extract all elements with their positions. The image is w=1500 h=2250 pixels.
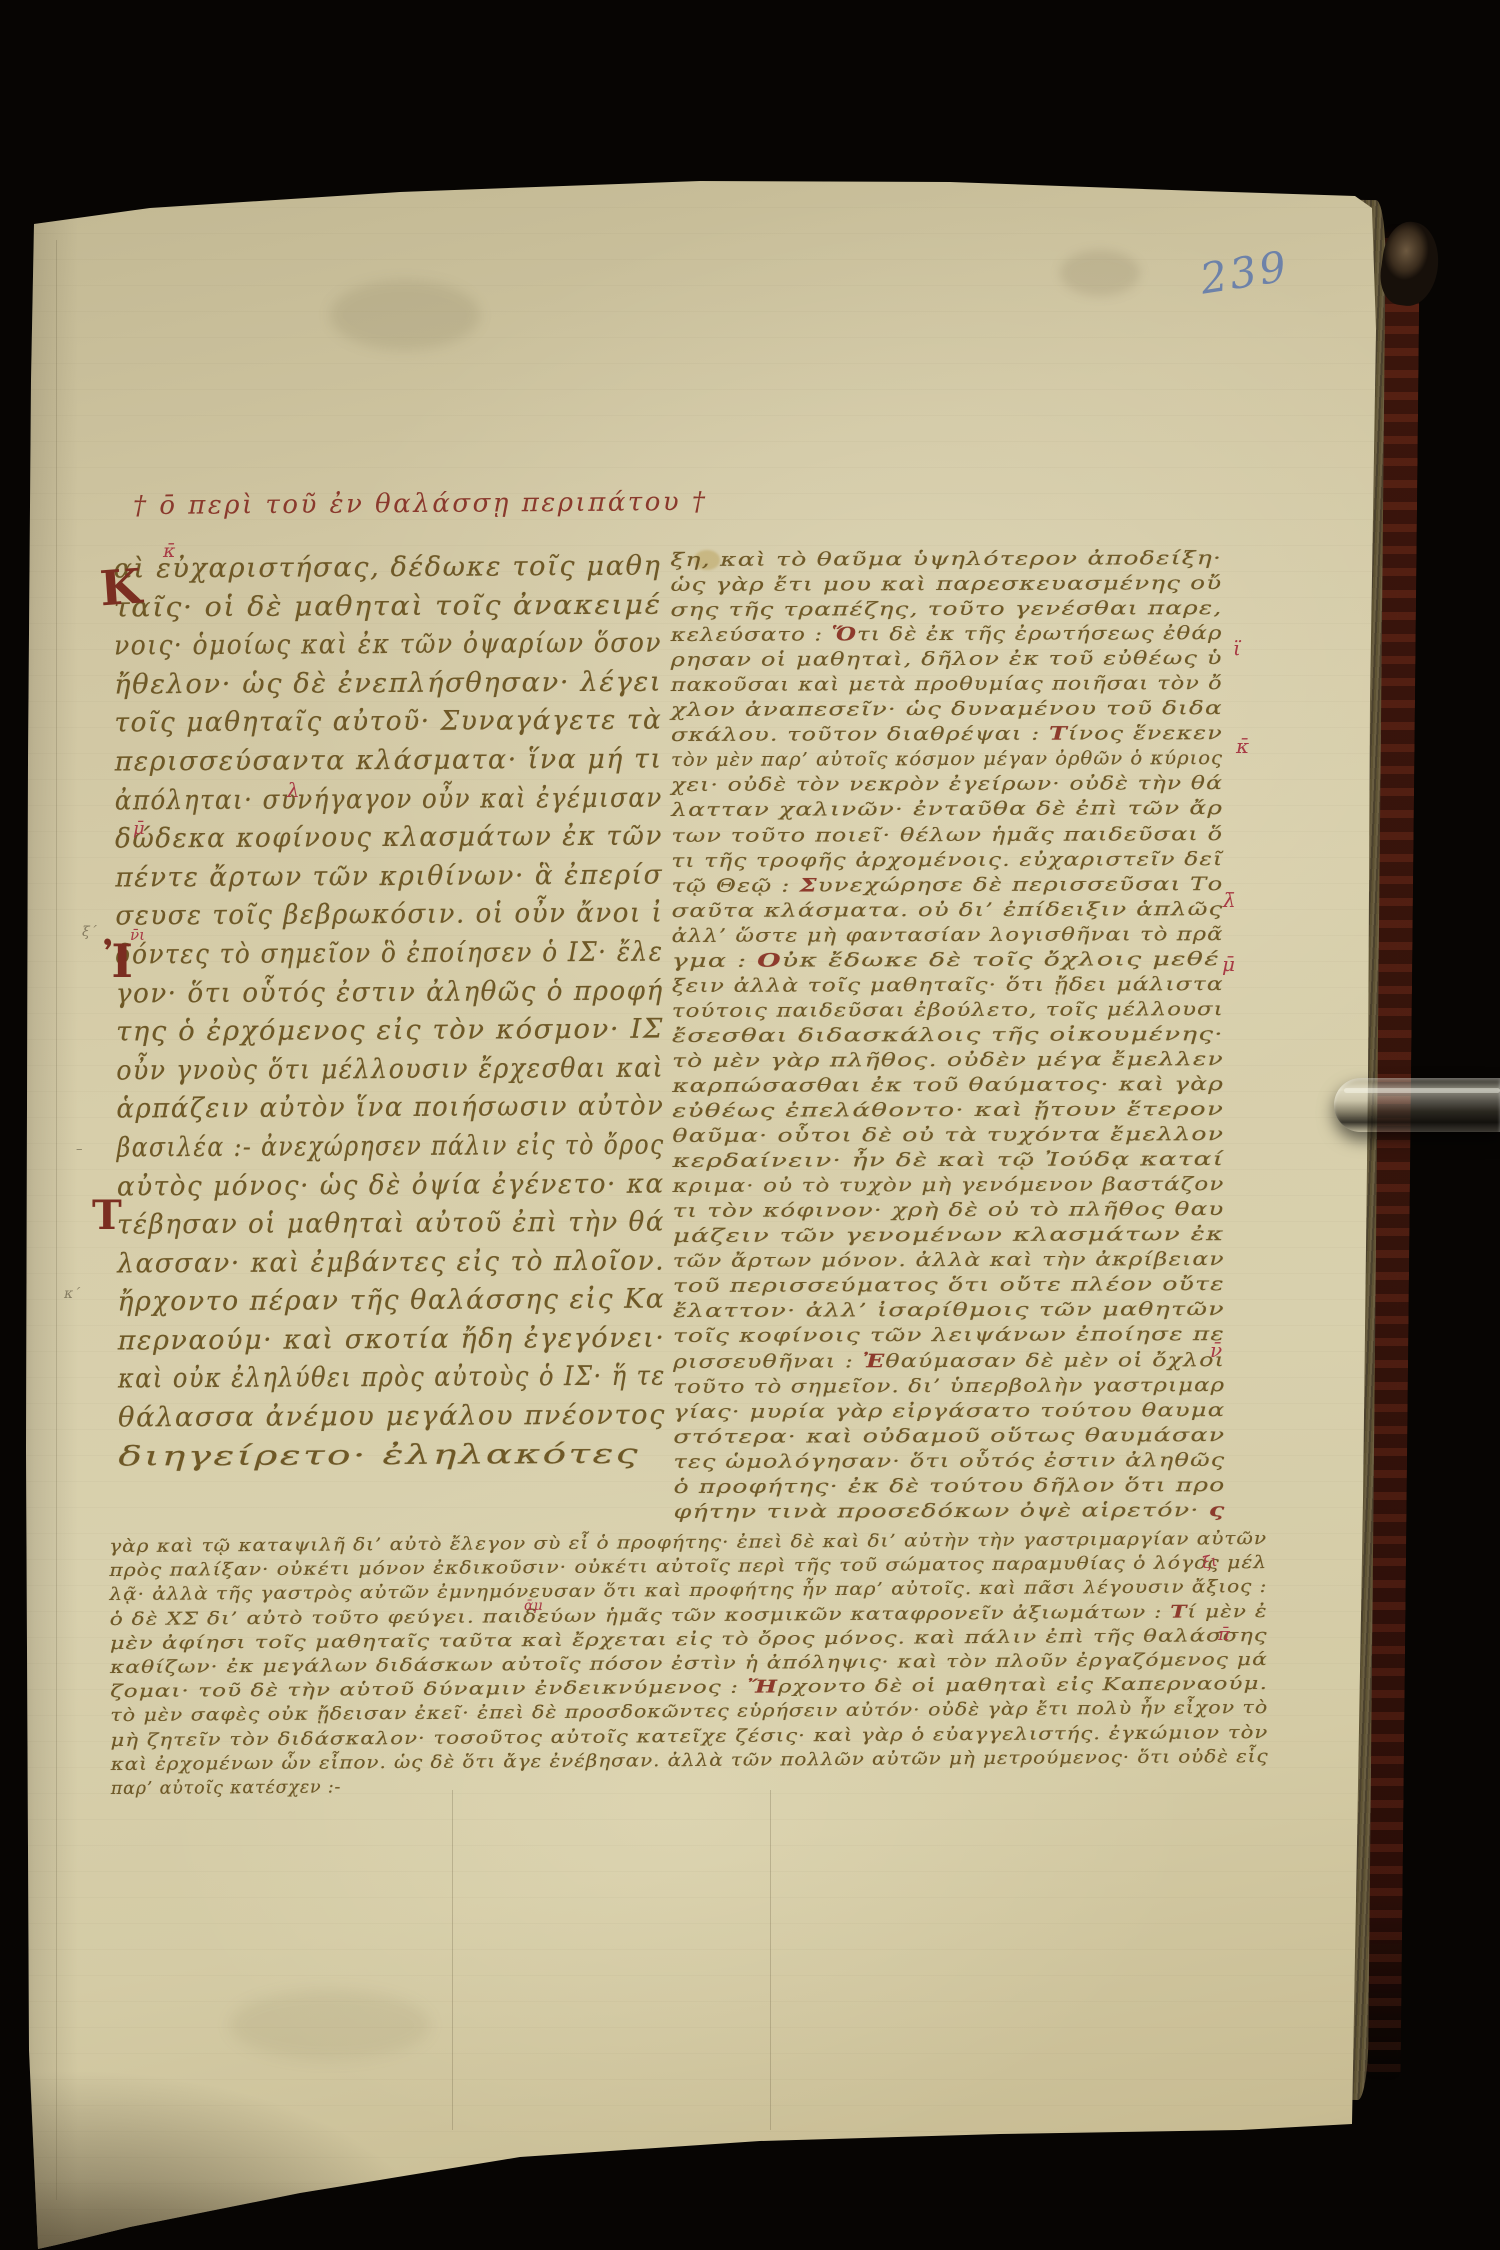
page-crease bbox=[452, 1790, 453, 2130]
gospel-text-line: δόντες τὸ σημεῖον ὃ ἐποίησεν ὁ ΙΣ· ἔλε bbox=[116, 936, 668, 977]
commentary-text-line: των τοῦτο ποιεῖ· θέλων ἡμᾶς παιδεῦσαι ὅ bbox=[671, 824, 1227, 851]
commentary-text-line: λατταν χαλινῶν· ἐνταῦθα δὲ ἐπὶ τῶν ἄρ bbox=[671, 798, 1227, 825]
left-margin-note-3: κ´ bbox=[64, 1286, 80, 1302]
margin-section-nu: ν̄ bbox=[1210, 1338, 1222, 1362]
gospel-text-line: πέντε ἄρτων τῶν κριθίνων· ἃ ἐπερίσ bbox=[115, 859, 667, 900]
commentary-text-line: χλον ἀναπεσεῖν· ὡς δυναμένου τοῦ διδα bbox=[671, 698, 1227, 725]
margin-section-iota: ϊ bbox=[1233, 636, 1241, 660]
section-letter-lambda-above: λ bbox=[287, 778, 300, 802]
commentary-text-line: ἔλαττον· ἀλλ’ ἰσαρίθμοις τῶν μαθητῶν bbox=[673, 1299, 1229, 1326]
rubric-initial: Σ bbox=[799, 875, 817, 896]
commentary-text-line: φήτην τινὰ προσεδόκων ὀψὲ αἱρετόν· ς bbox=[674, 1500, 1230, 1527]
gospel-text-line: αὐτὸς μόνος· ὡς δὲ ὀψία ἐγένετο· κα bbox=[117, 1168, 669, 1209]
commentary-text-line: ξη, καὶ τὸ θαῦμα ὑψηλότερον ἀποδείξη· bbox=[670, 548, 1226, 575]
parchment-stain bbox=[1060, 250, 1140, 296]
commentary-text-line: κριμα· οὐ τὸ τυχὸν μὴ γενόμενον βαστάζον bbox=[672, 1174, 1228, 1201]
parchment-stain bbox=[230, 1990, 430, 2060]
margin-section-pi: π̄ bbox=[1218, 1624, 1230, 1645]
margin-section-mu: μ̄ bbox=[1222, 952, 1235, 976]
commentary-text-line: σης τῆς τραπέζης, τοῦτο γενέσθαι παρε, bbox=[670, 598, 1226, 625]
left-margin-note-1: ξ´ bbox=[82, 924, 97, 940]
lower-commentary-block: γὰρ καὶ τῷ καταψιλῆ δι’ αὐτὸ ἔλεγον σὺ ε… bbox=[109, 1529, 1273, 1803]
manuscript-photo: 239 † ō περὶ τοῦ ἐν θαλάσσῃ περιπάτου † … bbox=[0, 0, 1500, 2250]
paragraph-initial-kappa: Κ bbox=[98, 559, 144, 618]
gospel-text-line: καὶ οὐκ ἐληλύθει πρὸς αὐτοὺς ὁ ΙΣ· ἥ τε bbox=[118, 1361, 670, 1402]
rubric-initial: Ὅ bbox=[832, 624, 858, 645]
gospel-text-line: τοῖς μαθηταῖς αὐτοῦ· Συναγάγετε τὰ bbox=[114, 705, 666, 746]
gospel-text-line: θάλασσα ἀνέμου μεγάλου πνέοντος bbox=[118, 1400, 670, 1441]
margin-section-lambda: λ̄ bbox=[1223, 888, 1236, 912]
gospel-text-line: δώδεκα κοφίνους κλασμάτων ἐκ τῶν bbox=[115, 821, 667, 862]
commentary-text-line: τῶν ἄρτων μόνον. ἀλλὰ καὶ τὴν ἀκρίβειαν bbox=[673, 1249, 1229, 1276]
gospel-text-line: ταῖς· οἱ δὲ μαθηταὶ τοῖς ἀνακειμέ bbox=[114, 589, 666, 630]
gospel-text-line: αὶ εὐχαριστήσας, δέδωκε τοῖς μαθη bbox=[114, 551, 666, 592]
commentary-text-line: μάζειν τῶν γενομένων κλασμάτων ἐκ bbox=[673, 1224, 1229, 1251]
commentary-text-line: τι τῆς τροφῆς ἀρχομένοις. εὐχαριστεῖν δε… bbox=[671, 849, 1227, 876]
glass-page-weight-rod bbox=[1334, 1078, 1500, 1132]
commentary-text-line: ἔσεσθαι διδασκάλοις τῆς οἰκουμένης· bbox=[672, 1024, 1228, 1051]
commentary-text-line: τῷ Θεῷ : Συνεχώρησε δὲ περισσεῦσαι Το bbox=[671, 874, 1227, 901]
commentary-text-line: εὐθέως ἐπελάθοντο· καὶ ᾔτουν ἕτερον bbox=[672, 1099, 1228, 1126]
parchment-stain bbox=[330, 280, 480, 350]
rubric-initial: Τ bbox=[1049, 724, 1068, 745]
commentary-text-line: ξειν ἀλλὰ τοῖς μαθηταῖς· ὅτι ᾔδει μάλιστ… bbox=[672, 974, 1228, 1001]
gospel-text-line: βασιλέα :- ἀνεχώρησεν πάλιν εἰς τὸ ὄρος bbox=[117, 1129, 669, 1170]
commentary-text-line: τοῦ περισσεύματος ὅτι οὔτε πλέον οὔτε bbox=[673, 1274, 1229, 1301]
paragraph-initial-iota: Ἰ bbox=[104, 934, 133, 988]
commentary-text-line: στότερα· καὶ οὐδαμοῦ οὕτως θαυμάσαν bbox=[673, 1425, 1229, 1452]
commentary-text-line: τὸ μὲν γὰρ πλῆθος. οὐδὲν μέγα ἔμελλεν bbox=[672, 1049, 1228, 1076]
gospel-text-line: γον· ὅτι οὗτός ἐστιν ἀληθῶς ὁ προφή bbox=[116, 975, 668, 1016]
rubric-initial: Ἐ bbox=[863, 1351, 886, 1372]
rubric-initial: Τ bbox=[1170, 1602, 1187, 1622]
commentary-text-line: τούτοις παιδεῦσαι ἐβούλετο, τοῖς μέλλουσ… bbox=[672, 999, 1228, 1026]
chapter-title: † ō περὶ τοῦ ἐν θαλάσσῃ περιπάτου † bbox=[133, 487, 708, 521]
gospel-text-line: ἀπόληται· συνήγαγον οὖν καὶ ἐγέμισαν bbox=[115, 782, 667, 823]
commentary-text-line: τες ὡμολόγησαν· ὅτι οὗτός ἐστιν ἀληθῶς bbox=[673, 1450, 1229, 1477]
gospel-text-line: ἤρχοντο πέραν τῆς θαλάσσης εἰς Κα bbox=[117, 1284, 669, 1325]
commentary-text-line: καρπώσασθαι ἐκ τοῦ θαύματος· καὶ γὰρ bbox=[672, 1074, 1228, 1101]
commentary-text-line: τοῦτο τὸ σημεῖον. δι’ ὑπερβολὴν γαστριμα… bbox=[673, 1375, 1229, 1402]
commentary-text-line: ρησαν οἱ μαθηταὶ, δῆλον ἐκ τοῦ εὐθέως ὑ bbox=[671, 648, 1227, 675]
commentary-column: ξη, καὶ τὸ θαῦμα ὑψηλότερον ἀποδείξη·ὡς … bbox=[670, 548, 1229, 1527]
commentary-text-line: ὡς γὰρ ἔτι μου καὶ παρεσκευασμένης οὔ bbox=[670, 573, 1226, 600]
gospel-text-line: λασσαν· καὶ ἐμβάντες εἰς τὸ πλοῖον. bbox=[117, 1245, 669, 1286]
commentary-text-line: γμα : Οὐκ ἔδωκε δὲ τοῖς ὄχλοις μεθέ bbox=[672, 949, 1228, 976]
commentary-text-line: κελεύσατο : Ὅτι δὲ ἐκ τῆς ἐρωτήσεως ἐθάρ bbox=[671, 623, 1227, 650]
commentary-text-line: τι τὸν κόφινον· χρὴ δὲ οὐ τὸ πλῆθος θαυ bbox=[673, 1199, 1229, 1226]
gospel-text-line: νοις· ὁμοίως καὶ ἐκ τῶν ὀψαρίων ὅσον bbox=[114, 628, 666, 669]
commentary-text-line: χει· οὐδὲ τὸν νεκρὸν ἐγείρων· οὐδὲ τὴν θ… bbox=[671, 773, 1227, 800]
commentary-text-line: θαῦμα· οὗτοι δὲ οὐ τὰ τυχόντα ἔμελλον bbox=[672, 1124, 1228, 1151]
section-letter-mu-above: μ̄ bbox=[133, 818, 145, 839]
gospel-text-line: σευσε τοῖς βεβρωκόσιν. οἱ οὖν ἄνοι ἰ bbox=[115, 898, 667, 939]
gospel-text-line: ἁρπάζειν αὐτὸν ἵνα ποιήσωσιν αὐτὸν bbox=[116, 1091, 668, 1132]
gospel-text-line: τέβησαν οἱ μαθηταὶ αὐτοῦ ἐπὶ τὴν θά bbox=[117, 1207, 669, 1248]
gospel-text-column: αὶ εὐχαριστήσας, δέδωκε τοῖς μαθηταῖς· ο… bbox=[114, 551, 671, 1480]
commentary-text-line: πακοῦσαι καὶ μετὰ προθυμίας ποιῆσαι τὸν … bbox=[671, 673, 1227, 700]
gospel-text-line: περισσεύσαντα κλάσματα· ἵνα μή τι bbox=[115, 744, 667, 785]
commentary-text-line: ρισσευθῆναι : Ἐθαύμασαν δὲ μὲν οἱ ὄχλοι bbox=[673, 1350, 1229, 1377]
commentary-text-line: σαῦτα κλάσματα. οὐ δι’ ἐπίδειξιν ἁπλῶς bbox=[672, 899, 1228, 926]
rubric-initial: Ἤ bbox=[747, 1678, 778, 1698]
commentary-text-line: γίας· μυρία γὰρ εἰργάσατο τούτου θαυμα bbox=[673, 1400, 1229, 1427]
commentary-text-line: τὸν μὲν παρ’ αὐτοῖς κόσμον μέγαν ὀρθῶν ὁ… bbox=[671, 748, 1227, 775]
section-letter-ni-above: ν̄ι bbox=[130, 926, 145, 944]
gospel-text-line: διηγείρετο· ἐληλακότες bbox=[118, 1438, 670, 1479]
left-margin-note-2: – bbox=[76, 1142, 83, 1157]
gospel-text-line: περναούμ· καὶ σκοτία ἤδη ἐγεγόνει· bbox=[118, 1322, 670, 1363]
gospel-text-line: της ὁ ἐρχόμενος εἰς τὸν κόσμον· ΙΣ bbox=[116, 1014, 668, 1055]
section-letter-am-above: ᾱμ bbox=[524, 1598, 543, 1614]
gospel-text-line: οὖν γνοὺς ὅτι μέλλουσιν ἔρχεσθαι καὶ bbox=[116, 1052, 668, 1093]
page-crease bbox=[770, 1790, 771, 2130]
gospel-text-line: ἤθελον· ὡς δὲ ἐνεπλήσθησαν· λέγει bbox=[114, 666, 666, 707]
commentary-text-line: κερδαίνειν· ἦν δὲ καὶ τῷ Ἰούδᾳ καταί bbox=[672, 1149, 1228, 1176]
section-letter-kappa-above: κ̄ bbox=[163, 540, 175, 562]
commentary-text-line: ἀλλ’ ὥστε μὴ φαντασίαν λογισθῆναι τὸ πρᾶ bbox=[672, 924, 1228, 951]
commentary-text-line: τοῖς κοφίνοις τῶν λειψάνων ἐποίησε πε bbox=[673, 1324, 1229, 1351]
commentary-text-line: σκάλου. τοῦτον διαθρέψαι : Τίνος ἕνεκεν bbox=[671, 723, 1227, 750]
paragraph-initial-tau: Τ bbox=[92, 1192, 122, 1239]
rubric-initial: ς bbox=[1209, 1500, 1226, 1521]
commentary-text-line: ὁ προφήτης· ἐκ δὲ τούτου δῆλον ὅτι προ bbox=[674, 1475, 1230, 1502]
margin-section-kappa: κ̄ bbox=[1236, 734, 1249, 758]
rubric-initial: Ο bbox=[757, 950, 782, 971]
gutter-crease bbox=[56, 240, 57, 2200]
